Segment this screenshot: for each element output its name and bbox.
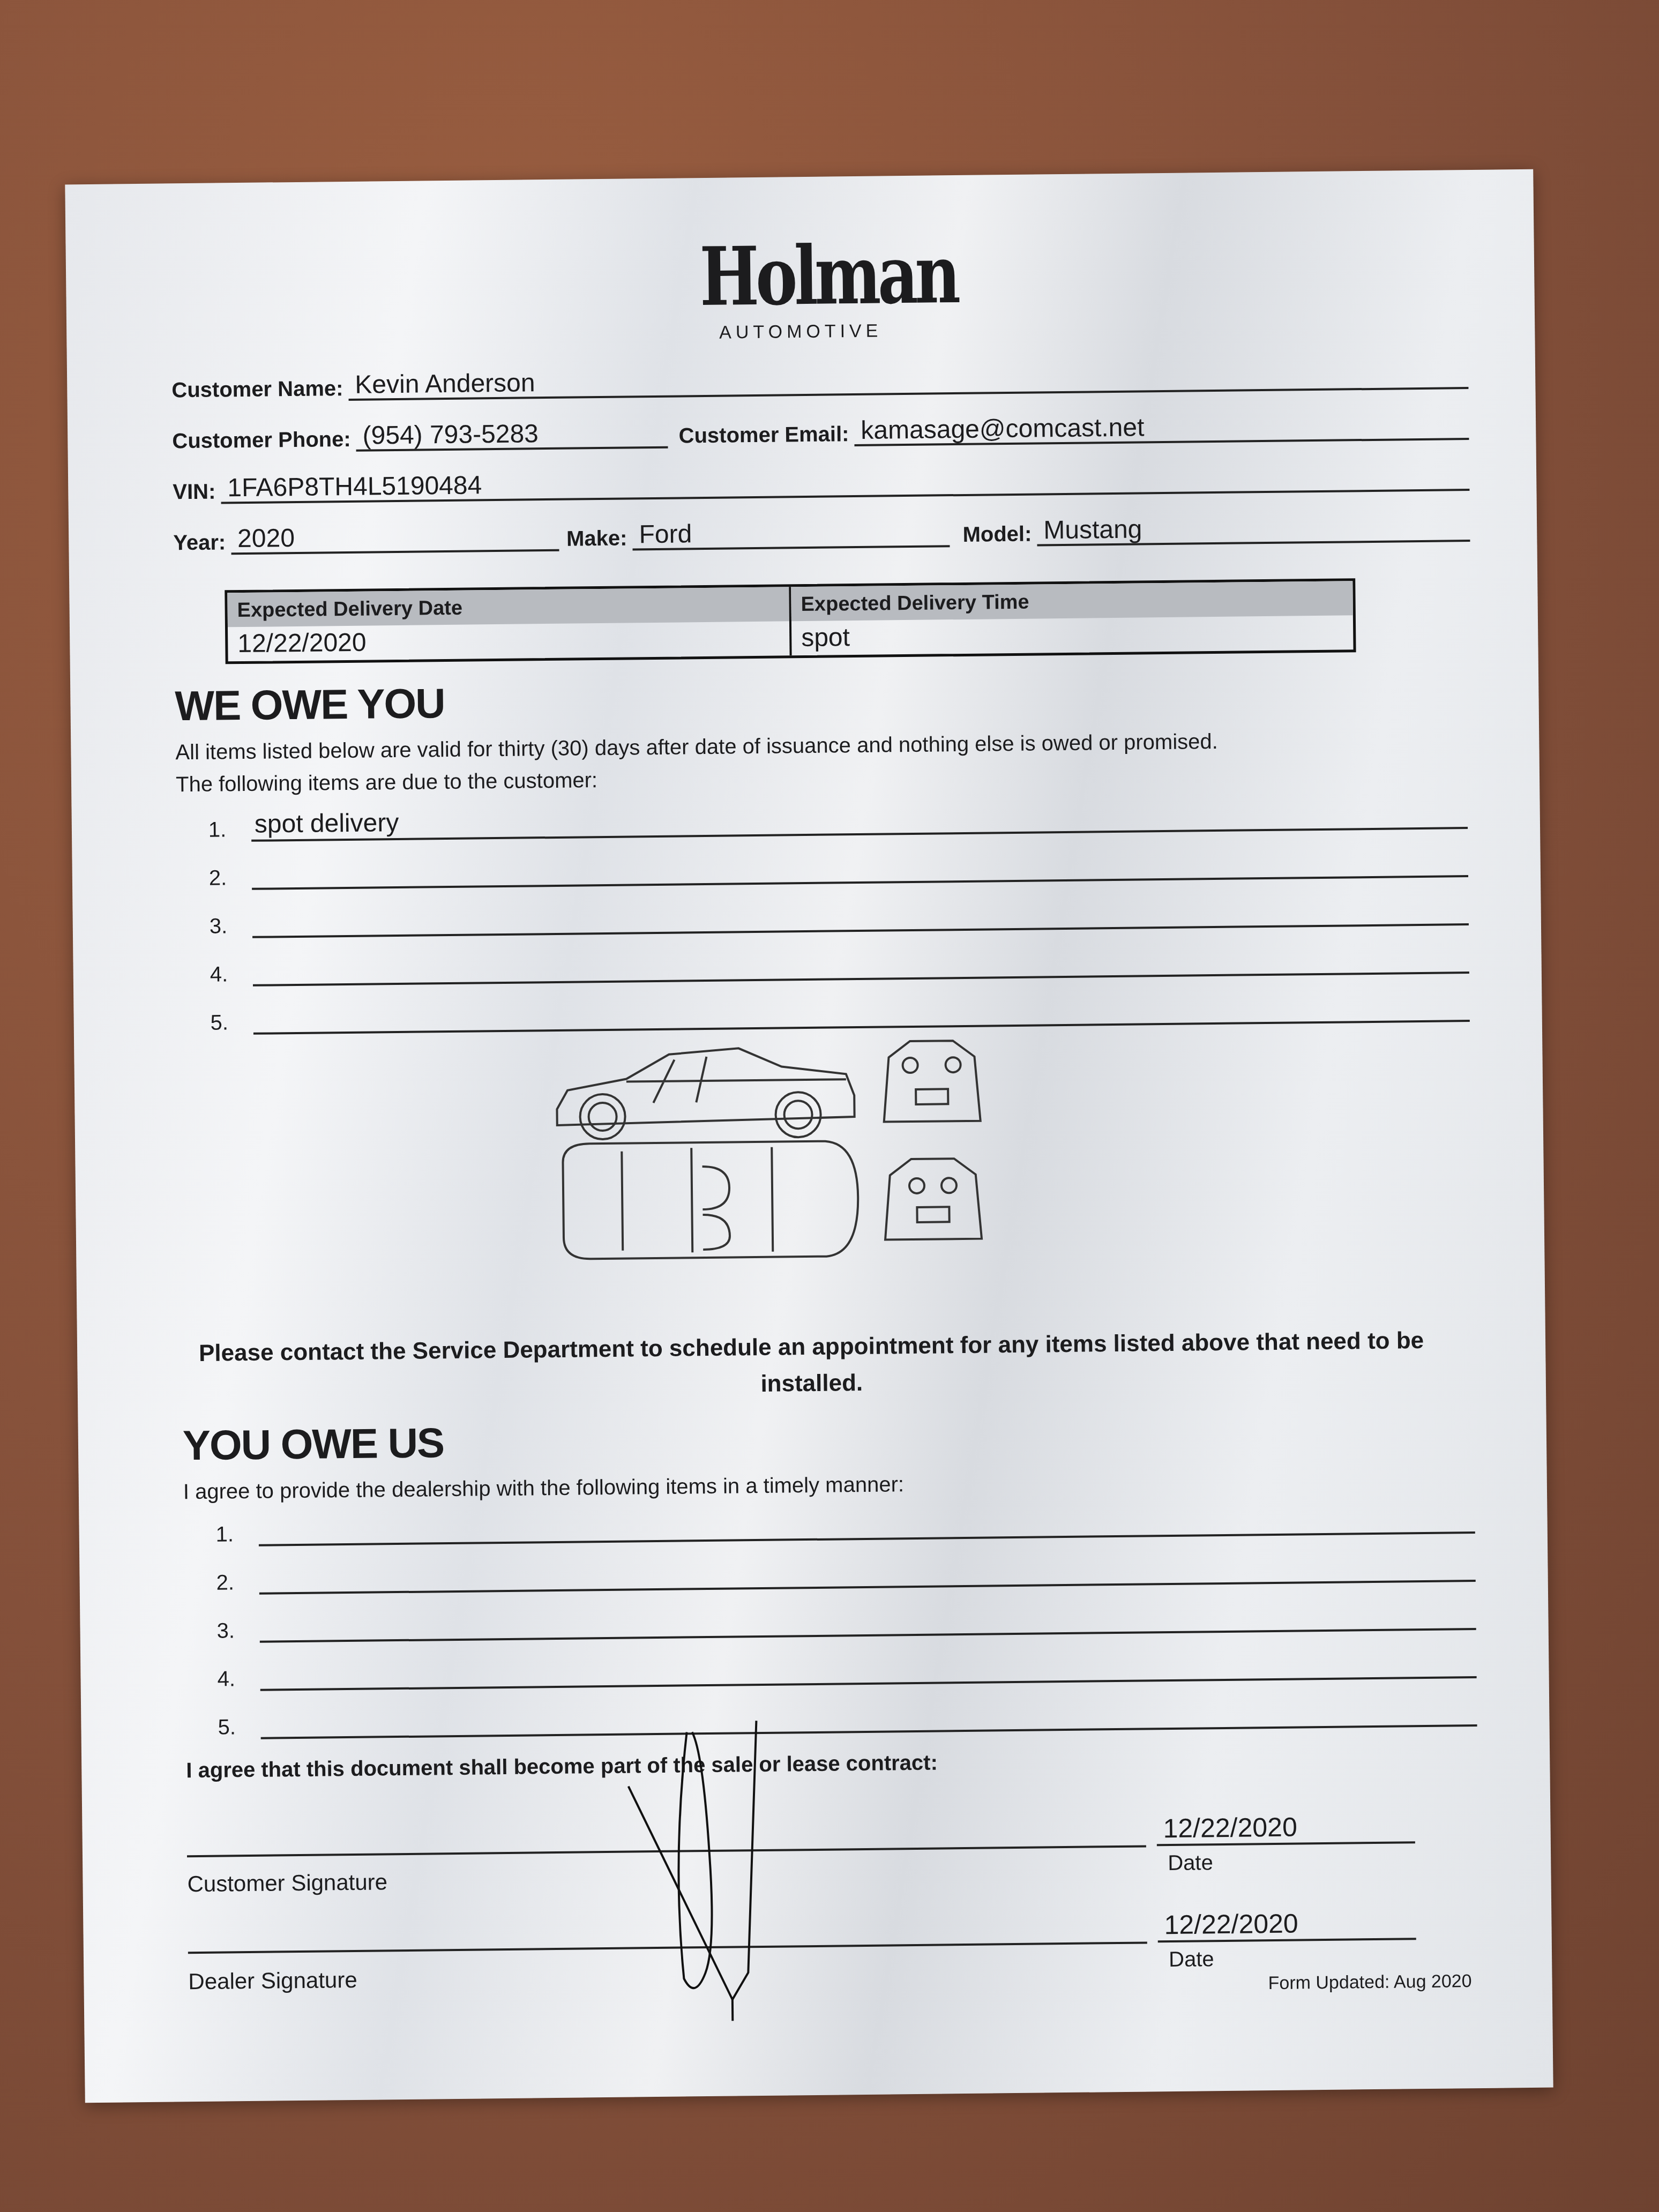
service-department-note: Please contact the Service Department to… [182, 1322, 1441, 1409]
contact-row: Customer Phone: (954) 793-5283 Customer … [172, 411, 1469, 454]
vehicle-damage-diagram-icon [545, 1035, 1030, 1286]
vehicle-row: Year: 2020 Make: Ford Model: Mustang [173, 513, 1470, 556]
item-number: 1. [208, 818, 251, 842]
delivery-date-header: Expected Delivery Date [227, 587, 789, 627]
customer-signature-label: Customer Signature [187, 1869, 387, 1897]
model-field[interactable]: Mustang [1037, 513, 1470, 547]
delivery-time-value[interactable]: spot [791, 615, 1354, 655]
you-owe-item-5-field[interactable] [260, 1694, 1477, 1739]
item-number: 5. [210, 1011, 253, 1035]
vin-row: VIN: 1FA6P8TH4L5190484 [173, 462, 1469, 505]
customer-phone-label: Customer Phone: [172, 428, 351, 453]
dealer-date-label: Date [1169, 1947, 1214, 1972]
customer-name-field[interactable]: Kevin Anderson [348, 360, 1468, 401]
item-number: 2. [216, 1571, 259, 1595]
delivery-time-header: Expected Delivery Time [791, 581, 1353, 621]
year-field[interactable]: 2020 [231, 522, 559, 555]
item-number: 1. [215, 1522, 258, 1547]
customer-name-row: Customer Name: Kevin Anderson [171, 360, 1468, 403]
item-number: 5. [218, 1715, 260, 1740]
customer-name-label: Customer Name: [171, 377, 343, 402]
item-number: 2. [209, 866, 252, 891]
you-owe-us-list: 1. 2. 3. 4. 5. [215, 1485, 1477, 1740]
item-number: 3. [216, 1619, 259, 1643]
customer-email-field[interactable]: kamasage@comcast.net [854, 411, 1469, 446]
we-owe-form-paper: Holman AUTOMOTIVE Customer Name: Kevin A… [65, 169, 1553, 2103]
vin-field[interactable]: 1FA6P8TH4L5190484 [221, 462, 1469, 504]
customer-phone-field[interactable]: (954) 793-5283 [356, 420, 668, 452]
customer-email-label: Customer Email: [678, 423, 849, 449]
delivery-table: Expected Delivery Date 12/22/2020 Expect… [225, 578, 1356, 664]
you-owe-us-title: YOU OWE US [183, 1418, 444, 1470]
item-number: 4. [210, 962, 253, 987]
dealer-date-field[interactable]: 12/22/2020 [1157, 1907, 1416, 1942]
delivery-date-value[interactable]: 12/22/2020 [228, 621, 790, 661]
customer-date-label: Date [1168, 1851, 1213, 1875]
we-owe-item-5-field[interactable] [253, 990, 1470, 1035]
holman-logo: Holman AUTOMOTIVE [671, 235, 929, 344]
make-field[interactable]: Ford [632, 518, 950, 551]
form-updated-note: Form Updated: Aug 2020 [1268, 1971, 1471, 1994]
we-owe-you-disclaimer: All items listed below are valid for thi… [175, 730, 1218, 765]
vin-label: VIN: [173, 480, 215, 505]
item-number: 3. [210, 914, 252, 939]
model-label: Model: [962, 522, 1032, 547]
dealer-signature-label: Dealer Signature [188, 1967, 357, 1994]
handwritten-signature-icon [622, 1720, 850, 2022]
we-owe-you-list: 1.spot delivery 2. 3. 4. 5. [208, 781, 1470, 1035]
item-number: 4. [217, 1667, 260, 1692]
year-label: Year: [173, 531, 226, 556]
customer-date-field[interactable]: 12/22/2020 [1156, 1810, 1415, 1846]
we-owe-you-title: WE OWE YOU [175, 679, 445, 730]
make-label: Make: [566, 527, 627, 551]
brand-name: Holman [699, 235, 901, 317]
